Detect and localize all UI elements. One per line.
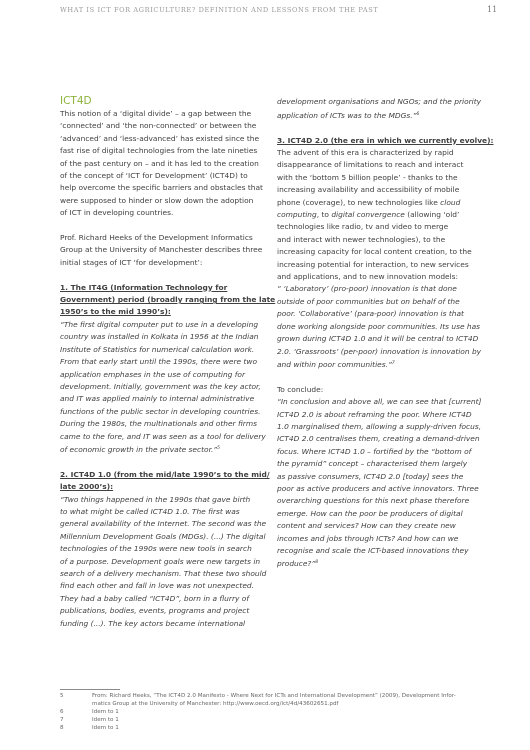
footnote-number: 7	[60, 716, 92, 724]
quote-line: “In conclusion and above all, we can see…	[277, 396, 493, 408]
conclude-label: To conclude:	[277, 384, 493, 396]
quote-line: find each other and fall in love was not…	[60, 580, 272, 592]
text-line: disappearance of limitations to reach an…	[277, 159, 493, 171]
text-line: The advent of this era is characterized …	[277, 147, 493, 159]
text-line: of the concept of ‘ICT for Development’ …	[60, 170, 272, 182]
text-line: computing, to digital convergence (allow…	[277, 209, 493, 221]
footnote-5: 5 From: Richard Heeks, “The ICT4D 2.0 Ma…	[60, 692, 500, 708]
stage3-quote: “ ‘Laboratory’ (pro-poor) innovation is …	[277, 283, 493, 371]
quote-line: to what might be called ICT4D 1.0. The f…	[60, 506, 272, 518]
text-line: initial stages of ICT ‘for development’:	[60, 257, 272, 269]
quote-line: application emphases in the use of compu…	[60, 369, 272, 381]
text-line: Group at the University of Manchester de…	[60, 244, 272, 256]
footnote-text: Idem to 1	[92, 708, 500, 716]
text-line: This notion of a ‘digital divide’ – a ga…	[60, 108, 272, 120]
column-top-gap	[277, 84, 493, 96]
footnotes: 5 From: Richard Heeks, “The ICT4D 2.0 Ma…	[60, 692, 500, 732]
footnote-ref[interactable]: 8	[315, 560, 318, 565]
text-line: help overcome the specific barriers and …	[60, 182, 272, 194]
quote-line: country was installed in Kolkata in 1956…	[60, 331, 272, 343]
text-line: were supposed to hinder or slow down the…	[60, 195, 272, 207]
stage3-paragraph: The advent of this era is characterized …	[277, 147, 493, 283]
paragraph-gap	[277, 371, 493, 383]
text-line: and interact with newer technologies), t…	[277, 234, 493, 246]
quote-line: produce?”8	[277, 557, 493, 570]
quote-line: “The first digital computer put to use i…	[60, 319, 272, 331]
footnote-ref[interactable]: 5	[217, 446, 220, 451]
quote-line: content and services? How can they creat…	[277, 520, 493, 532]
quote-line: emerge. How can the poor be producers of…	[277, 508, 493, 520]
emphasis-term: cloud	[440, 198, 460, 207]
footnote-6: 6 Idem to 1	[60, 708, 500, 716]
text-line: ‘advanced’ and ‘less-advanced’ has exist…	[60, 133, 272, 145]
quote-line: During the 1980s, the multinationals and…	[60, 418, 272, 430]
footnote-number: 8	[60, 724, 92, 732]
quote-line: of economic growth in the private sector…	[60, 443, 272, 456]
stage-heading-line: 1. The IT4G (Information Technology for	[60, 282, 272, 294]
quote-line: development organisations and NGOs; and …	[277, 96, 493, 108]
footnote-text: Idem to 1	[92, 724, 500, 732]
stage2-heading: 2. ICT4D 1.0 (from the mid/late 1990’s t…	[60, 469, 272, 494]
running-header: WHAT IS ICT FOR AGRICULTURE? DEFINITION …	[60, 6, 460, 14]
text-line: with the ‘bottom 5 billion people’ - tha…	[277, 172, 493, 184]
text-line: technologies like radio, tv and video to…	[277, 221, 493, 233]
quote-line: “ ‘Laboratory’ (pro-poor) innovation is …	[277, 283, 493, 295]
quote-line: search of a delivery mechanism. That the…	[60, 568, 272, 580]
text-line: increasing capacity for local content cr…	[277, 246, 493, 258]
quote-line: funding (...). The key actors became int…	[60, 618, 272, 630]
text-line: ‘connected’ and ‘the non-connected’ or b…	[60, 120, 272, 132]
quote-text: application of ICTs was to the MDGs.”	[277, 111, 417, 120]
quote-line: They had a baby called “ICT4D”, born in …	[60, 593, 272, 605]
text-line: Prof. Richard Heeks of the Development I…	[60, 232, 272, 244]
quote-line: of a purpose. Development goals were new…	[60, 556, 272, 568]
stage3-heading: 3. ICT4D 2.0 (the era in which we curren…	[277, 135, 493, 147]
quote-line: outside of poor communities but on behal…	[277, 296, 493, 308]
quote-line: Millennium Development Goals (MDGs). (..…	[60, 531, 272, 543]
footnote-divider	[60, 689, 120, 690]
text-segment: phone (coverage), to new technologies li…	[277, 198, 440, 207]
quote-line: “Two things happened in the 1990s that g…	[60, 494, 272, 506]
text-segment: , to	[317, 210, 332, 219]
page-number: 11	[487, 5, 497, 14]
quote-line: incomes and jobs through ICTs? And how c…	[277, 533, 493, 545]
quote-line: general availability of the Internet. Th…	[60, 518, 272, 530]
stage-heading-line: 2. ICT4D 1.0 (from the mid/late 1990’s t…	[60, 469, 272, 481]
quote-line: From that early start until the 1990s, t…	[60, 356, 272, 368]
stage-heading-line: 1950’s to the mid 1990’s):	[60, 306, 272, 318]
stage-heading-line: late 2000’s):	[60, 481, 272, 493]
quote-text: of economic growth in the private sector…	[60, 445, 217, 454]
intro-paragraph: This notion of a ‘digital divide’ – a ga…	[60, 108, 272, 220]
quote-line: application of ICTs was to the MDGs.”6	[277, 109, 493, 122]
text-segment: (allowing ‘old’	[405, 210, 460, 219]
heeks-paragraph: Prof. Richard Heeks of the Development I…	[60, 232, 272, 269]
footnote-text: From: Richard Heeks, “The ICT4D 2.0 Mani…	[92, 692, 500, 708]
quote-line: 1.0 marginalised them, allowing a supply…	[277, 421, 493, 433]
quote-line: and within poor communities.”7	[277, 358, 493, 371]
section-title: ICT4D	[60, 95, 272, 108]
paragraph-gap	[60, 220, 272, 232]
stage1-quote: “The first digital computer put to use i…	[60, 319, 272, 456]
quote-line: came to the fore, and IT was seen as a t…	[60, 431, 272, 443]
quote-line: overarching questions for this next phas…	[277, 495, 493, 507]
quote-line: poor. ‘Collaborative’ (para-poor) innova…	[277, 308, 493, 320]
quote-line: focus. Where ICT4D 1.0 – fortified by th…	[277, 446, 493, 458]
quote-line: the pyramid” concept – characterised the…	[277, 458, 493, 470]
stage-heading-line: Government) period (broadly ranging from…	[60, 294, 272, 306]
footnote-line: From: Richard Heeks, “The ICT4D 2.0 Mani…	[92, 692, 500, 700]
right-column: development organisations and NGOs; and …	[277, 84, 493, 571]
footnote-7: 7 Idem to 1	[60, 716, 500, 724]
quote-line: poor as active producers and active inno…	[277, 483, 493, 495]
paragraph-gap	[60, 456, 272, 468]
paragraph-gap	[60, 269, 272, 281]
text-line: increasing availability and accessibilit…	[277, 184, 493, 196]
text-line: phone (coverage), to new technologies li…	[277, 197, 493, 209]
quote-line: ICT4D 2.0 is about reframing the poor. W…	[277, 409, 493, 421]
quote-line: and IT was applied mainly to internal ad…	[60, 393, 272, 405]
stage2-quote-continued: development organisations and NGOs; and …	[277, 96, 493, 122]
quote-line: development. Initially, government was t…	[60, 381, 272, 393]
footnote-ref[interactable]: 6	[417, 112, 420, 117]
footnote-text: Idem to 1	[92, 716, 500, 724]
quote-line: publications, bodies, events, programs a…	[60, 605, 272, 617]
left-column: ICT4D This notion of a ‘digital divide’ …	[60, 95, 272, 630]
footnote-8: 8 Idem to 1	[60, 724, 500, 732]
text-line: increasing potential for interaction, to…	[277, 259, 493, 271]
stage1-heading: 1. The IT4G (Information Technology for …	[60, 282, 272, 319]
emphasis-term: computing	[277, 210, 317, 219]
quote-line: Institute of Statistics for numerical ca…	[60, 344, 272, 356]
quote-line: functions of the public sector in develo…	[60, 406, 272, 418]
text-line: of the past century on – and it has led …	[60, 158, 272, 170]
emphasis-term: digital convergence	[331, 210, 405, 219]
paragraph-gap	[277, 122, 493, 134]
quote-text: and within poor communities.”	[277, 360, 392, 369]
stage2-quote: “Two things happened in the 1990s that g…	[60, 494, 272, 630]
text-line: and applications, and to new innovation …	[277, 271, 493, 283]
quote-line: 2.0. ‘Grassroots’ (per-poor) innovation …	[277, 346, 493, 358]
quote-line: grown during ICT4D 1.0 and it will be ce…	[277, 333, 493, 345]
footnote-number: 6	[60, 708, 92, 716]
quote-text: produce?”	[277, 559, 315, 568]
text-line: of ICT in developing countries.	[60, 207, 272, 219]
quote-line: ICT4D 2.0 centralises them, creating a d…	[277, 433, 493, 445]
quote-line: technologies of the 1990s were new tools…	[60, 543, 272, 555]
quote-line: recognise and scale the ICT-based innova…	[277, 545, 493, 557]
footnote-number: 5	[60, 692, 92, 708]
footnote-line[interactable]: matics Group at the University of Manche…	[92, 700, 500, 708]
footnote-ref[interactable]: 7	[392, 361, 395, 366]
text-line: fast rise of digital technologies from t…	[60, 145, 272, 157]
quote-line: done working alongside poor communities.…	[277, 321, 493, 333]
quote-line: as passive consumers, ICT4D 2.0 [today] …	[277, 471, 493, 483]
conclusion-quote: “In conclusion and above all, we can see…	[277, 396, 493, 571]
